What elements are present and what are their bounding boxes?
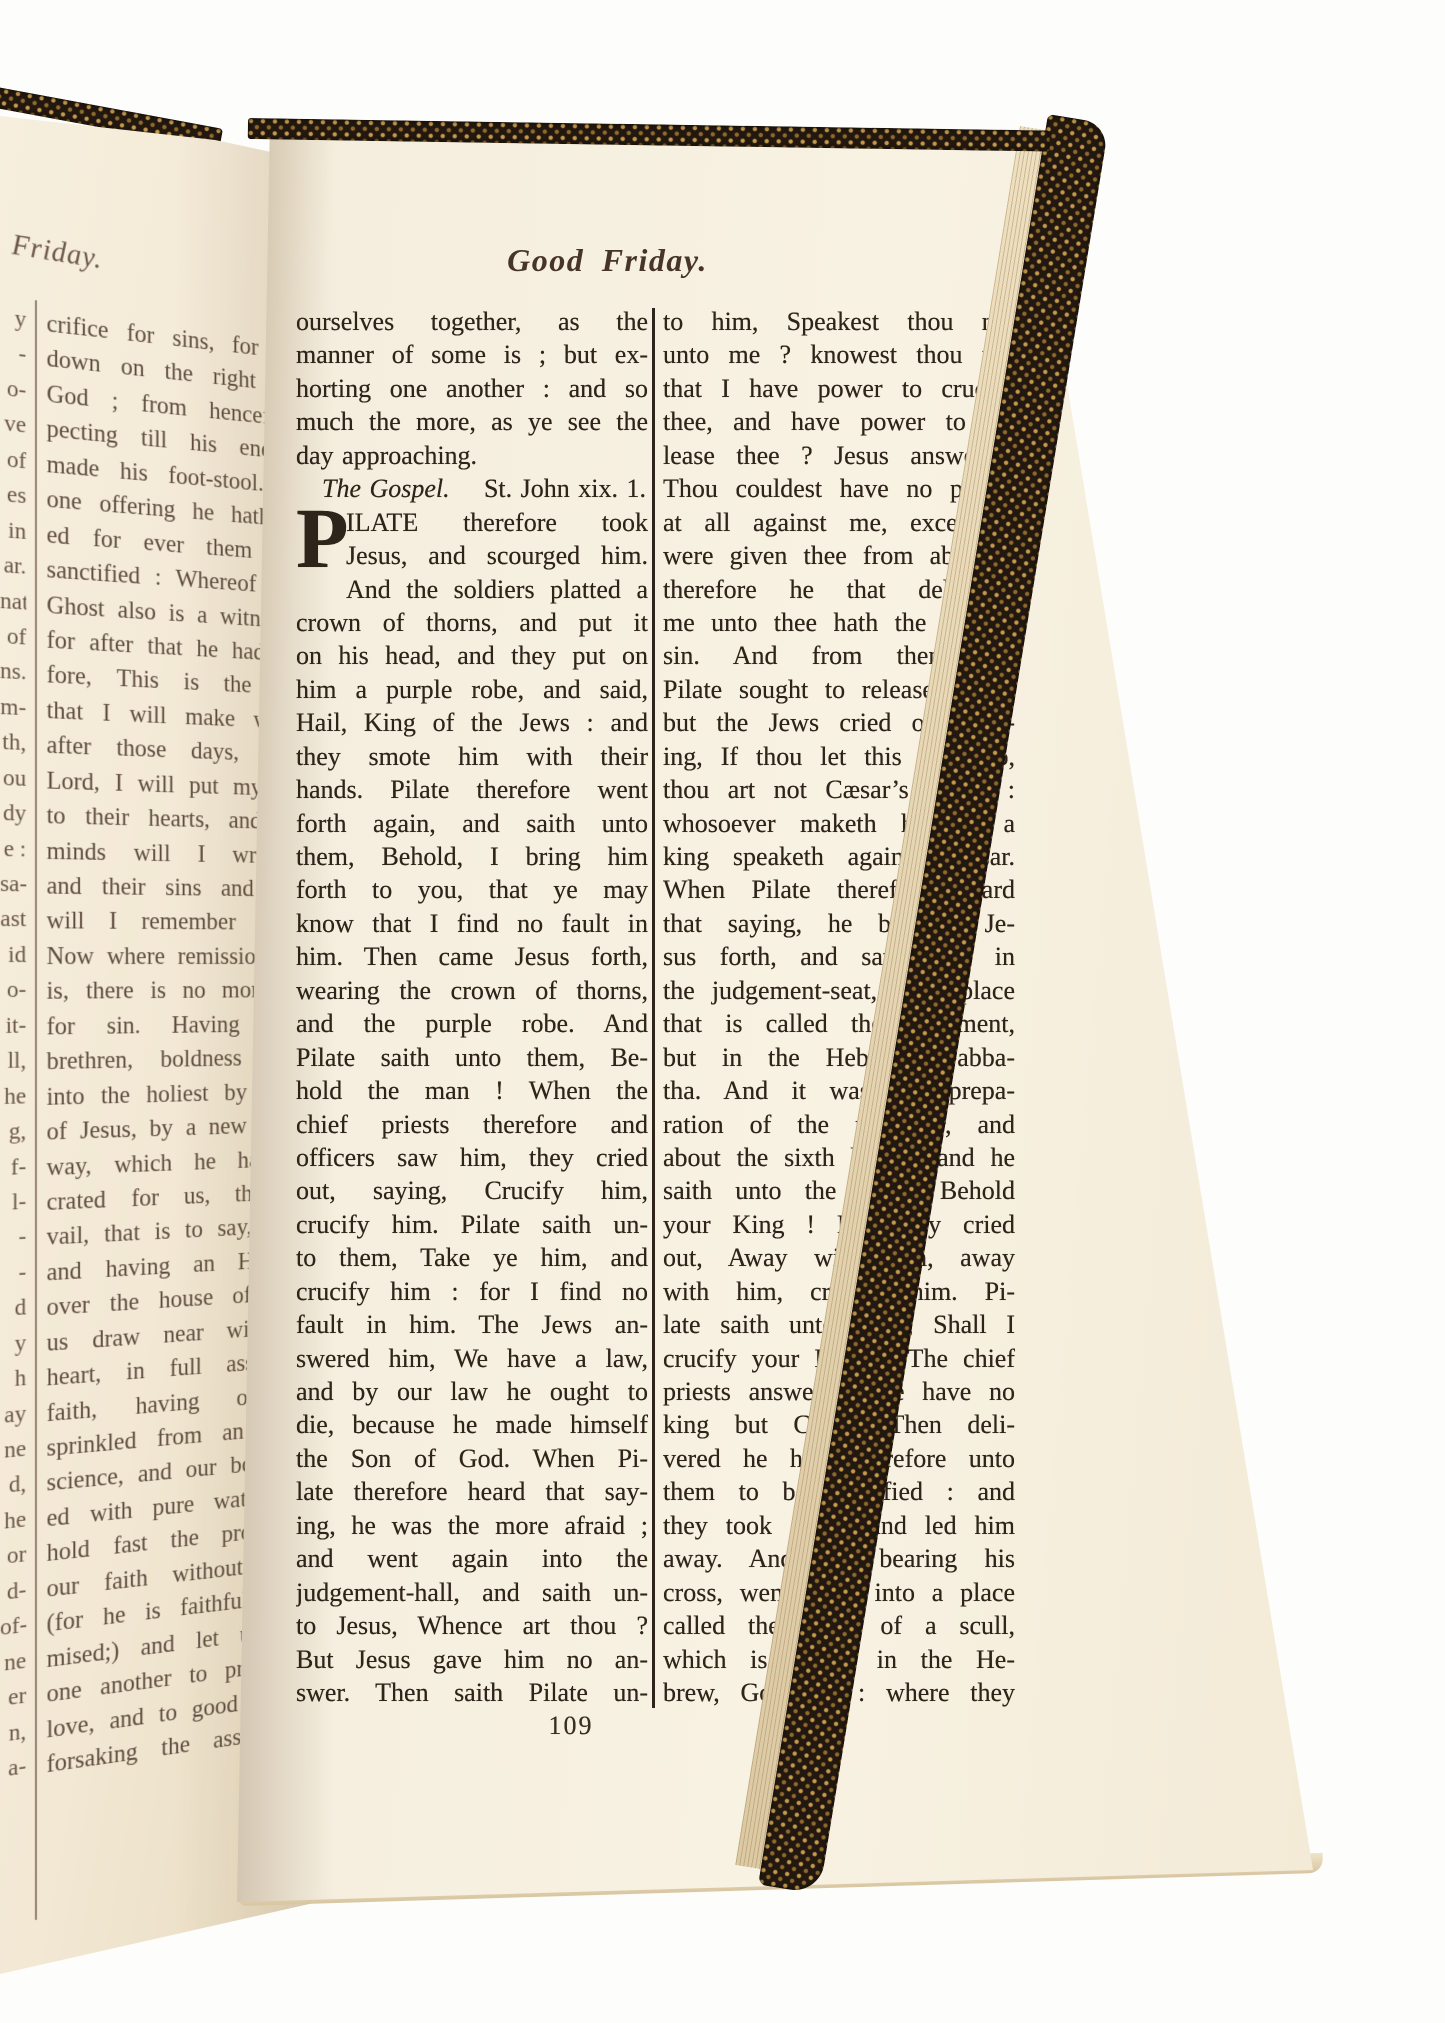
text-line: lease thee ? Jesus answered, [663, 439, 1015, 472]
left-running-head: Friday. [11, 228, 103, 276]
text-line: out, saying, Crucify him, [296, 1174, 648, 1207]
edge-fragment: nat [0, 584, 26, 621]
text-line: much the more, as ye see the [296, 405, 648, 438]
book-photo: Friday. y-o-veofesinar.natofns.m-th,oudy… [0, 0, 1445, 2023]
edge-fragment: n, [0, 1714, 26, 1753]
edge-fragment: ar. [0, 548, 26, 585]
edge-fragment: sa- [0, 867, 26, 903]
text-line: hold the man ! When the [296, 1074, 648, 1107]
text-line: saith unto the Jews, Behold [663, 1174, 1015, 1207]
text-line: officers saw him, they cried [296, 1141, 648, 1174]
text-line: forth again, and saith unto [296, 807, 648, 840]
text-line: to him, Speakest thou not [663, 305, 1015, 338]
edge-fragment: th, [0, 725, 26, 761]
text-line: day approaching. [296, 439, 648, 472]
text-line: crucify him : for I find no [296, 1275, 648, 1308]
edge-fragment: o- [0, 973, 26, 1008]
text-line: him. Then came Jesus forth, [296, 940, 648, 973]
edge-fragment: h [0, 1361, 26, 1398]
edge-fragment: ns. [0, 654, 26, 691]
text-line: on his head, and they put on [296, 639, 648, 672]
edge-fragment: a- [0, 1749, 26, 1788]
column-divider [652, 308, 655, 1708]
text-line: die, because he made himself [296, 1408, 648, 1441]
text-line: forth to you, that ye may [296, 873, 648, 906]
gospel-reference: St. John xix. 1. [484, 472, 646, 505]
edge-fragment: he [0, 1502, 26, 1540]
edge-fragment: of [0, 619, 26, 656]
text-line: to them, Take ye him, and [296, 1241, 648, 1274]
edge-fragment: in [0, 513, 26, 550]
text-line: tha. And it was the prepa- [663, 1074, 1015, 1107]
text-line: about the sixth hour : and he [663, 1141, 1015, 1174]
text-line: wearing the crown of thorns, [296, 974, 648, 1007]
text-line: that I have power to crucify [663, 372, 1015, 405]
text-line: crucify him. Pilate saith un- [296, 1208, 648, 1241]
text-line: swered him, We have a law, [296, 1342, 648, 1375]
text-line: judgement-hall, and saith un- [296, 1576, 648, 1609]
text-line: late therefore heard that say- [296, 1475, 648, 1508]
edge-fragment: o- [0, 371, 26, 409]
edge-fragment: id [0, 938, 26, 973]
text-line: unto me ? knowest thou not [663, 338, 1015, 371]
text-line: fault in him. The Jews an- [296, 1308, 648, 1341]
left-column-divider [35, 300, 37, 1920]
edge-fragment: it- [0, 1009, 26, 1045]
text-line: ing, he was the more afraid ; [296, 1509, 648, 1542]
edge-fragment: ll, [0, 1044, 26, 1080]
text-line: Hail, King of the Jews : and [296, 706, 648, 739]
gospel-heading-italic: The Gospel. [322, 472, 450, 505]
edge-fragment: y [0, 300, 26, 338]
text-line: horting one another : and so [296, 372, 648, 405]
text-line: Jesus, and scourged him. [346, 539, 648, 572]
text-line: Pilate saith unto them, Be- [296, 1041, 648, 1074]
edge-fragment: y [0, 1326, 26, 1363]
edge-fragment: f- [0, 1150, 26, 1186]
text-line: the Son of God. When Pi- [296, 1442, 648, 1475]
edge-fragment: m- [0, 690, 26, 727]
text-line: them, Behold, I bring him [296, 840, 648, 873]
text-line: to Jesus, Whence art thou ? [296, 1609, 648, 1642]
text-line: and by our law he ought to [296, 1375, 648, 1408]
running-head: Good Friday. [250, 242, 965, 279]
text-line: they smote him with their [296, 740, 648, 773]
gospel-heading: The Gospel.St. John xix. 1. [296, 472, 648, 505]
text-line: swer. Then saith Pilate un- [296, 1676, 648, 1709]
edge-fragment: ve [0, 406, 26, 444]
text-line: but in the Hebrew, Gabba- [663, 1041, 1015, 1074]
text-line: chief priests therefore and [296, 1108, 648, 1141]
edge-fragment: of [0, 442, 26, 480]
edge-fragment: d, [0, 1467, 26, 1505]
text-line: But Jesus gave him no an- [296, 1643, 648, 1676]
edge-fragment: ne [0, 1432, 26, 1470]
edge-fragment: ast [0, 902, 26, 938]
edge-fragment: d [0, 1291, 26, 1328]
left-column: ourselves together, as themanner of some… [296, 305, 648, 1709]
edge-fragment-column: y-o-veofesinar.natofns.m-th,oudye :sa-as… [0, 300, 26, 1788]
text-line: ILATE therefore took [346, 506, 648, 539]
edge-fragment: - [0, 1255, 26, 1292]
edge-fragment: of- [0, 1608, 26, 1646]
text-line: and the purple robe. And [296, 1007, 648, 1040]
edge-fragment: he [0, 1079, 26, 1115]
text-line: manner of some is ; but ex- [296, 338, 648, 371]
text-line: hands. Pilate therefore went [296, 773, 648, 806]
edge-fragment: er [0, 1679, 26, 1718]
drop-cap: P [296, 506, 346, 573]
edge-fragment: g, [0, 1114, 26, 1150]
text-line: and went again into the [296, 1542, 648, 1575]
text-line: And the soldiers platted a [346, 573, 648, 606]
edge-fragment: e : [0, 832, 26, 868]
edge-fragment: es [0, 477, 26, 515]
text-line: thee, and have power to re- [663, 405, 1015, 438]
text-line: him a purple robe, and said, [296, 673, 648, 706]
text-line: ration of the passover, and [663, 1108, 1015, 1141]
edge-fragment: - [0, 1220, 26, 1257]
edge-fragment: ou [0, 761, 26, 797]
text-line: crown of thorns, and put it [296, 606, 648, 639]
edge-fragment: - [0, 335, 26, 373]
text-line: know that I find no fault in [296, 907, 648, 940]
edge-fragment: ay [0, 1397, 26, 1434]
edge-fragment: ne [0, 1643, 26, 1682]
edge-fragment: l- [0, 1185, 26, 1221]
edge-fragment: or [0, 1538, 26, 1576]
page-number: 109 [395, 1711, 747, 1741]
edge-fragment: d- [0, 1573, 26, 1611]
text-line: ourselves together, as the [296, 305, 648, 338]
edge-fragment: dy [0, 796, 26, 832]
